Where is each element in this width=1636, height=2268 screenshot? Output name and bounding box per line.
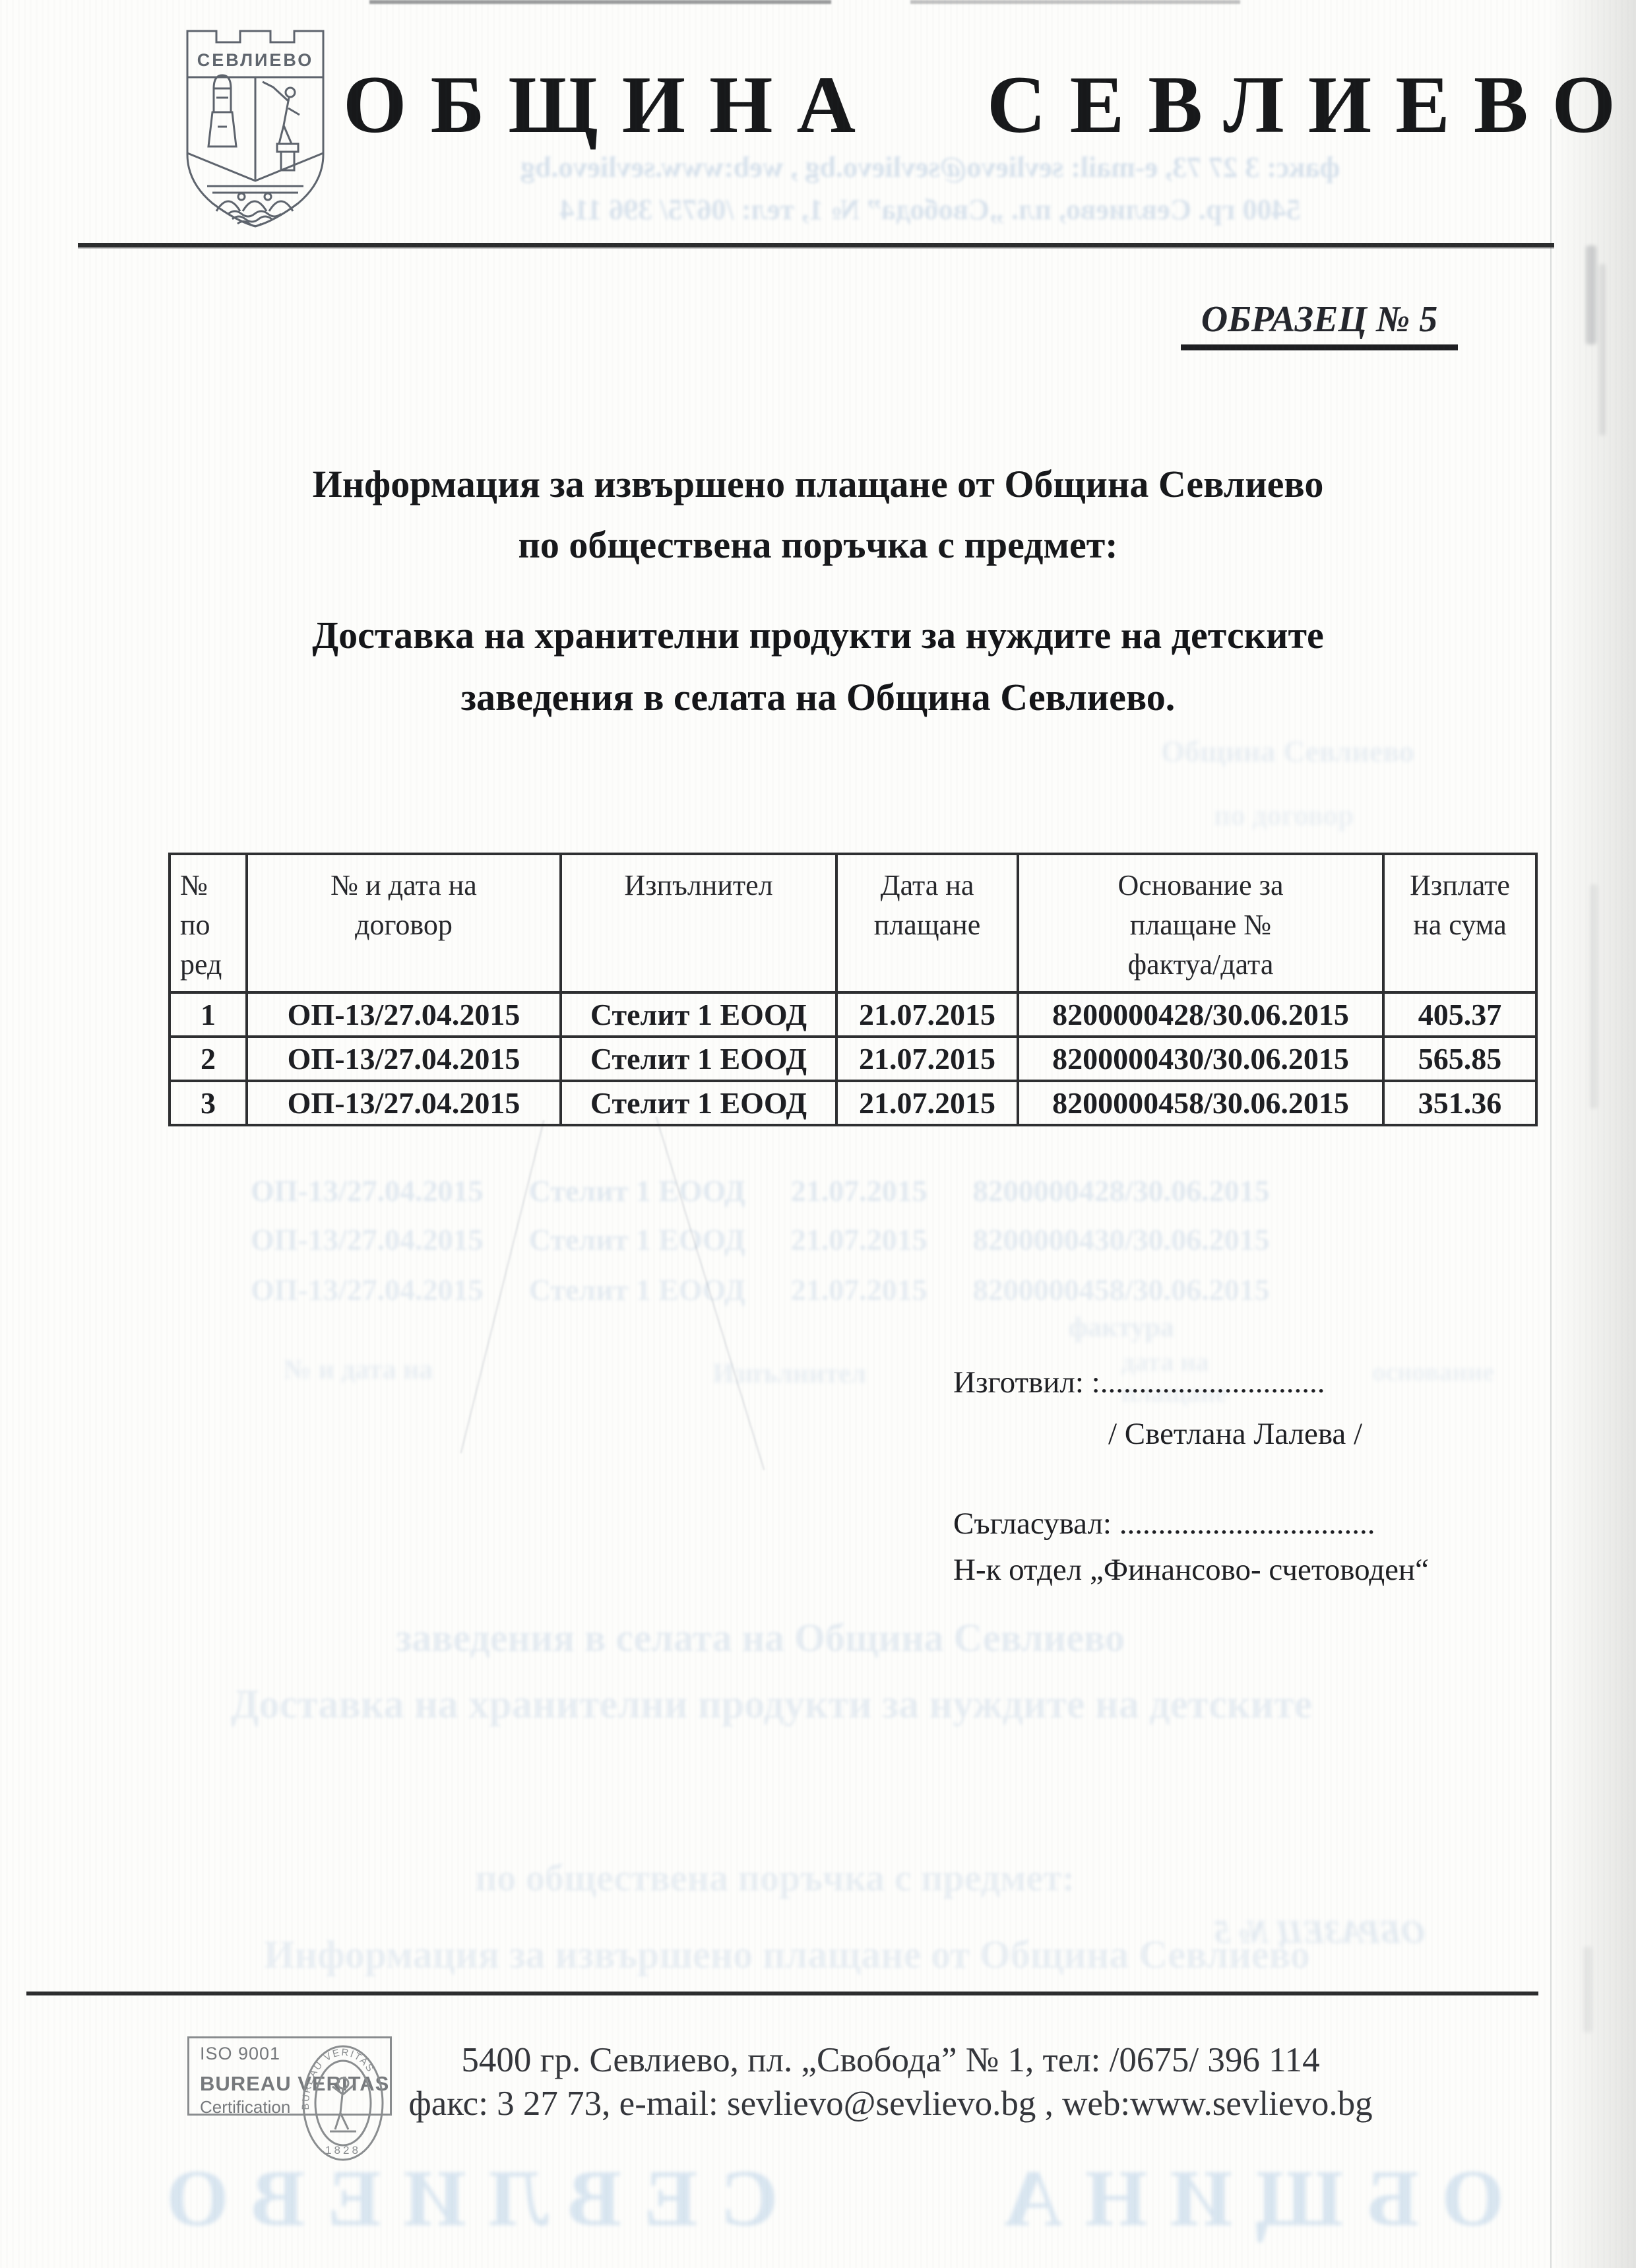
cell-executor: Стелит 1 ЕООД [561,992,836,1037]
prepared-by-label: Изготвил: :............................. [953,1365,1325,1400]
scan-streak [1583,1947,1592,2032]
cell-row-number: 3 [170,1081,247,1125]
footer-address-line-1: 5400 гр. Севлиево, пл. „Свобода” № 1, те… [356,2040,1425,2080]
subject-line-1: Доставка на хранителни продукти за нужди… [185,604,1451,666]
subject-line-2: заведения в селата на Община Севлиево. [185,666,1451,729]
col-header-row-number: № по ред [170,854,247,992]
scan-streak [1590,884,1598,1109]
ghost-mid-line-1: заведения в селата на Община Севлиево [396,1615,1125,1661]
header-divider [78,243,1554,247]
cell-basis: 8200000428/30.06.2015 [1018,992,1383,1037]
approved-by-title: Н-к отдел „Финансово- счетоводен“ [953,1552,1429,1588]
scan-streak [1586,245,1596,344]
ghost-header-line-1: факс: 3 27 73, e-mail: sevlievo@sevlievo… [501,150,1359,184]
ghost-fragment-basis: основание [1372,1356,1494,1387]
col-header-basis: Основание за плащане № фактуа/дата [1018,854,1383,992]
ghost-obrazec-label: ОБРАЗЕЦ № 5 [1214,1912,1425,1951]
cell-basis: 8200000430/30.06.2015 [1018,1037,1383,1081]
ghost-mid-line-2: Доставка на хранителни продукти за нужди… [231,1681,1312,1728]
prepared-by-name: / Светлана Лалева / [1108,1416,1362,1452]
seal-year: 1828 [325,2144,361,2156]
footer-divider [26,1992,1538,1995]
form-number-label: ОБРАЗЕЦ № 5 [1181,298,1458,350]
cell-executor: Стелит 1 ЕООД [561,1081,836,1125]
intro-paragraph: Информация за извършено плащане от Общин… [185,454,1451,575]
ghost-header-line-2: 5400 гр. Севлиево, пл. „Свобода” № 1, те… [501,193,1359,226]
ghost-table-row-3: ОП-13/27.04.2015 Стелит 1 ЕООД 21.07.201… [251,1272,1270,1307]
table-row: 3 ОП-13/27.04.2015 Стелит 1 ЕООД 21.07.2… [170,1081,1536,1125]
cell-amount: 351.36 [1383,1081,1536,1125]
ghost-fragment-invoice: фактура [1069,1312,1174,1344]
cell-amount: 565.85 [1383,1037,1536,1081]
cell-contract: ОП-13/27.04.2015 [247,1037,561,1081]
cell-amount: 405.37 [1383,992,1536,1037]
scan-edge-line [1550,119,1552,2268]
ghost-bottom-title: ОБЩИНА СЕВЛИЕВО [237,2153,1504,2245]
approved-by-label: Съгласувал: ............................… [953,1506,1375,1541]
cell-contract: ОП-13/27.04.2015 [247,1081,561,1125]
emblem-label: СЕВЛИЕВО [197,50,314,70]
cell-executor: Стелит 1 ЕООД [561,1037,836,1081]
footer-address-line-2: факс: 3 27 73, e-mail: sevlievo@sevlievo… [356,2084,1425,2123]
col-header-contract: № и дата на договор [247,854,561,992]
subject-paragraph: Доставка на хранителни продукти за нужди… [185,604,1451,729]
sevlievo-coat-of-arms: СЕВЛИЕВО [173,15,338,232]
col-header-executor: Изпълнител [561,854,836,992]
document-title: ОБЩИНА СЕВЛИЕВО [343,58,1425,152]
ghost-table-row-2: ОП-13/27.04.2015 Стелит 1 ЕООД 21.07.201… [251,1222,1270,1257]
ghost-side-fragment-2: по договор [1214,798,1354,832]
cell-row-number: 2 [170,1037,247,1081]
bureau-veritas-seal: BUREAU VERITAS 1828 [289,2021,398,2186]
ghost-table-row-1: ОП-13/27.04.2015 Стелит 1 ЕООД 21.07.201… [251,1173,1270,1208]
cell-row-number: 1 [170,992,247,1037]
scan-streak [1599,264,1606,436]
intro-line-1: Информация за извършено плащане от Общин… [185,454,1451,515]
cell-payment-date: 21.07.2015 [836,1037,1018,1081]
scanned-document-page: факс: 3 27 73, e-mail: sevlievo@sevlievo… [0,0,1636,2268]
cell-payment-date: 21.07.2015 [836,1081,1018,1125]
ghost-mid-line-3: по обществена поръчка с предмет: [475,1856,1075,1900]
cell-contract: ОП-13/27.04.2015 [247,992,561,1037]
scan-top-artifact [369,0,831,4]
scan-top-artifact [910,0,1240,4]
table-header-row: № по ред № и дата на договор Изпълнител … [170,854,1536,992]
col-header-payment-date: Дата на плащане [836,854,1018,992]
cell-basis: 8200000458/30.06.2015 [1018,1081,1383,1125]
intro-line-2: по обществена поръчка с предмет: [185,515,1451,575]
payments-table: № по ред № и дата на договор Изпълнител … [168,853,1538,1126]
ghost-side-fragment-1: Община Севлиево [1161,734,1414,769]
col-header-amount: Изплате на сума [1383,854,1536,992]
table-row: 1 ОП-13/27.04.2015 Стелит 1 ЕООД 21.07.2… [170,992,1536,1037]
table-row: 2 ОП-13/27.04.2015 Стелит 1 ЕООД 21.07.2… [170,1037,1536,1081]
ghost-fragment-contract: № и дата на [284,1354,433,1386]
ghost-mid-line-4: Информация за извършено плащане от Общин… [264,1932,1310,1978]
cell-payment-date: 21.07.2015 [836,992,1018,1037]
